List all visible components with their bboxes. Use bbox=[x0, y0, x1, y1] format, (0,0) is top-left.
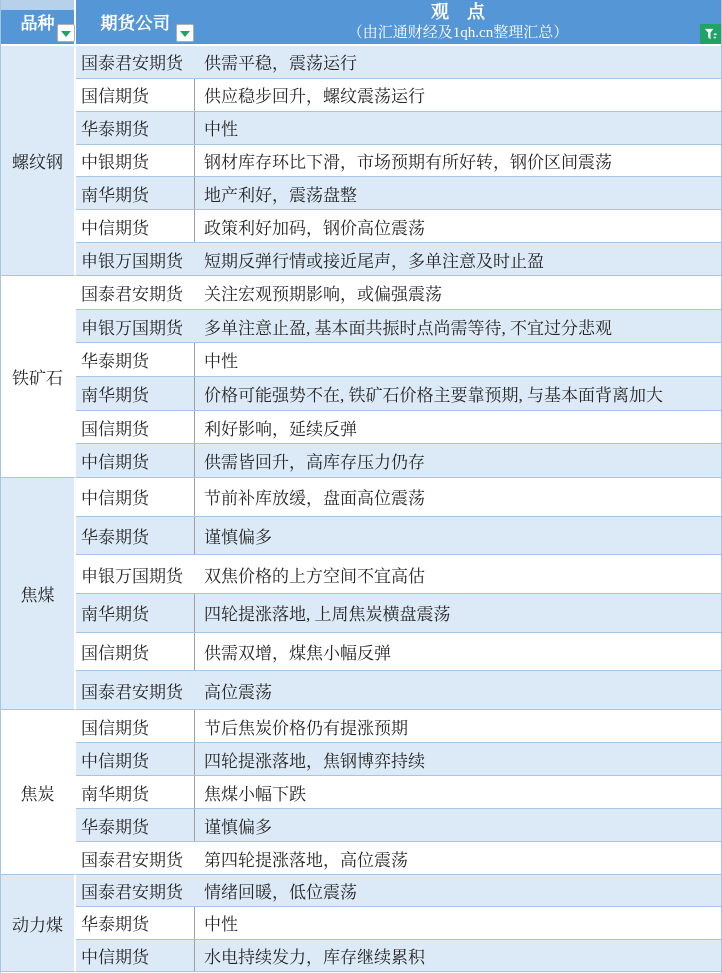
commodity-group: 焦煤中信期货节前补库放缓，盘面高位震荡华泰期货谨慎偏多申银万国期货双焦价格的上方… bbox=[1, 478, 721, 710]
table-row: 南华期货地产利好，震荡盘整 bbox=[76, 177, 721, 210]
company-cell: 中银期货 bbox=[76, 145, 195, 177]
view-cell: 节后焦炭价格仍有提涨预期 bbox=[195, 710, 721, 742]
company-cell: 华泰期货 bbox=[76, 517, 195, 555]
view-cell: 四轮提涨落地，焦钢博弈持续 bbox=[195, 743, 721, 775]
table-row: 华泰期货谨慎偏多 bbox=[76, 517, 721, 556]
table-row: 国泰君安期货高位震荡 bbox=[76, 671, 721, 710]
view-cell: 中性 bbox=[195, 112, 721, 144]
table-row: 中信期货四轮提涨落地，焦钢博弈持续 bbox=[76, 743, 721, 776]
table-row: 华泰期货中性 bbox=[76, 907, 721, 939]
company-cell: 中信期货 bbox=[76, 444, 195, 477]
view-cell: 谨慎偏多 bbox=[195, 809, 721, 841]
view-cell: 谨慎偏多 bbox=[195, 517, 721, 555]
table-row: 申银万国期货短期反弹行情或接近尾声，多单注意及时止盈 bbox=[76, 243, 721, 276]
view-header-title: 观 点 bbox=[431, 1, 485, 24]
table-row: 国信期货利好影响，延续反弹 bbox=[76, 411, 721, 445]
table-filter-icon[interactable] bbox=[700, 24, 721, 44]
variety-cell: 铁矿石 bbox=[1, 276, 76, 478]
table-row: 中信期货水电持续发力，库存继续累积 bbox=[76, 940, 721, 972]
view-cell: 四轮提涨落地, 上周焦炭横盘震荡 bbox=[195, 594, 721, 632]
company-cell: 南华期货 bbox=[76, 377, 195, 410]
company-cell: 国信期货 bbox=[76, 79, 195, 111]
company-cell: 国泰君安期货 bbox=[76, 671, 195, 709]
table-row: 中信期货供需皆回升，高库存压力仍存 bbox=[76, 444, 721, 478]
commodity-group: 焦炭国信期货节后焦炭价格仍有提涨预期中信期货四轮提涨落地，焦钢博弈持续南华期货焦… bbox=[1, 710, 721, 875]
view-cell: 节前补库放缓，盘面高位震荡 bbox=[195, 478, 721, 516]
company-cell: 国泰君安期货 bbox=[76, 842, 195, 874]
header-row: 品种 期货公司 观 点 （由汇通财经及1qh.cn整理汇总） bbox=[1, 0, 721, 46]
company-cell: 中信期货 bbox=[76, 478, 195, 516]
table-row: 中信期货政策利好加码，钢价高位震荡 bbox=[76, 210, 721, 243]
view-cell: 高位震荡 bbox=[195, 671, 721, 709]
view-cell: 供需平稳，震荡运行 bbox=[195, 46, 721, 78]
table-row: 申银万国期货多单注意止盈, 基本面共振时点尚需等待, 不宜过分悲观 bbox=[76, 310, 721, 344]
company-cell: 华泰期货 bbox=[76, 112, 195, 144]
company-cell: 南华期货 bbox=[76, 776, 195, 808]
funnel-glyph bbox=[703, 27, 718, 42]
table-row: 申银万国期货双焦价格的上方空间不宜高估 bbox=[76, 555, 721, 594]
company-cell: 国泰君安期货 bbox=[76, 276, 195, 309]
view-header-subtitle: （由汇通财经及1qh.cn整理汇总） bbox=[348, 24, 568, 43]
table-row: 国泰君安期货供需平稳，震荡运行 bbox=[76, 46, 721, 79]
table-row: 华泰期货中性 bbox=[76, 343, 721, 377]
dropdown-arrow-icon bbox=[61, 31, 71, 37]
commodity-group: 螺纹钢国泰君安期货供需平稳，震荡运行国信期货供应稳步回升，螺纹震荡运行华泰期货中… bbox=[1, 46, 721, 276]
company-cell: 申银万国期货 bbox=[76, 243, 195, 275]
company-filter-button[interactable] bbox=[176, 24, 194, 42]
table-row: 华泰期货谨慎偏多 bbox=[76, 809, 721, 842]
company-cell: 中信期货 bbox=[76, 940, 195, 971]
table-row: 华泰期货中性 bbox=[76, 112, 721, 145]
company-cell: 国信期货 bbox=[76, 411, 195, 444]
view-cell: 供需皆回升，高库存压力仍存 bbox=[195, 444, 721, 477]
table-row: 国泰君安期货情绪回暖，低位震荡 bbox=[76, 875, 721, 907]
company-cell: 申银万国期货 bbox=[76, 555, 195, 593]
view-cell: 中性 bbox=[195, 907, 721, 938]
variety-filter-button[interactable] bbox=[57, 24, 75, 42]
view-cell: 多单注意止盈, 基本面共振时点尚需等待, 不宜过分悲观 bbox=[195, 310, 721, 343]
variety-cell: 螺纹钢 bbox=[1, 46, 76, 276]
company-cell: 中信期货 bbox=[76, 210, 195, 242]
table-row: 中银期货钢材库存环比下滑，市场预期有所好转，钢价区间震荡 bbox=[76, 145, 721, 178]
table-row: 国泰君安期货第四轮提涨落地，高位震荡 bbox=[76, 842, 721, 875]
company-cell: 中信期货 bbox=[76, 743, 195, 775]
view-cell: 关注宏观预期影响，或偏强震荡 bbox=[195, 276, 721, 309]
view-cell: 价格可能强势不在, 铁矿石价格主要靠预期, 与基本面背离加大 bbox=[195, 377, 721, 410]
table-row: 南华期货焦煤小幅下跌 bbox=[76, 776, 721, 809]
company-cell: 国泰君安期货 bbox=[76, 875, 195, 906]
table-row: 中信期货节前补库放缓，盘面高位震荡 bbox=[76, 478, 721, 517]
view-cell: 政策利好加码，钢价高位震荡 bbox=[195, 210, 721, 242]
company-cell: 华泰期货 bbox=[76, 343, 195, 376]
company-cell: 南华期货 bbox=[76, 594, 195, 632]
table-row: 南华期货四轮提涨落地, 上周焦炭横盘震荡 bbox=[76, 594, 721, 633]
table-row: 国信期货供应稳步回升，螺纹震荡运行 bbox=[76, 79, 721, 112]
view-cell: 钢材库存环比下滑，市场预期有所好转，钢价区间震荡 bbox=[195, 145, 721, 177]
table-row: 国信期货供需双增，煤焦小幅反弹 bbox=[76, 633, 721, 672]
view-cell: 双焦价格的上方空间不宜高估 bbox=[195, 555, 721, 593]
table-row: 南华期货价格可能强势不在, 铁矿石价格主要靠预期, 与基本面背离加大 bbox=[76, 377, 721, 411]
view-cell: 供需双增，煤焦小幅反弹 bbox=[195, 633, 721, 671]
table-body: 螺纹钢国泰君安期货供需平稳，震荡运行国信期货供应稳步回升，螺纹震荡运行华泰期货中… bbox=[1, 46, 721, 972]
table-row: 国信期货节后焦炭价格仍有提涨预期 bbox=[76, 710, 721, 743]
company-cell: 申银万国期货 bbox=[76, 310, 195, 343]
company-cell: 国信期货 bbox=[76, 710, 195, 742]
variety-cell: 焦煤 bbox=[1, 478, 76, 710]
view-cell: 水电持续发力，库存继续累积 bbox=[195, 940, 721, 971]
dropdown-arrow-icon bbox=[180, 31, 190, 37]
view-cell: 情绪回暖，低位震荡 bbox=[195, 875, 721, 906]
variety-header-label: 品种 bbox=[21, 9, 55, 34]
frozen-pane-corner bbox=[1, 0, 74, 10]
view-cell: 供应稳步回升，螺纹震荡运行 bbox=[195, 79, 721, 111]
company-cell: 南华期货 bbox=[76, 177, 195, 209]
view-cell: 第四轮提涨落地，高位震荡 bbox=[195, 842, 721, 874]
view-cell: 短期反弹行情或接近尾声，多单注意及时止盈 bbox=[195, 243, 721, 275]
futures-opinion-table: 品种 期货公司 观 点 （由汇通财经及1qh.cn整理汇总） 螺纹钢国 bbox=[0, 0, 722, 973]
view-cell: 焦煤小幅下跌 bbox=[195, 776, 721, 808]
company-header: 期货公司 bbox=[76, 0, 195, 44]
commodity-group: 铁矿石国泰君安期货关注宏观预期影响，或偏强震荡申银万国期货多单注意止盈, 基本面… bbox=[1, 276, 721, 478]
company-header-label: 期货公司 bbox=[101, 9, 171, 34]
variety-cell: 动力煤 bbox=[1, 875, 76, 972]
company-cell: 国信期货 bbox=[76, 633, 195, 671]
commodity-group: 动力煤国泰君安期货情绪回暖，低位震荡华泰期货中性中信期货水电持续发力，库存继续累… bbox=[1, 875, 721, 972]
view-cell: 地产利好，震荡盘整 bbox=[195, 177, 721, 209]
view-header: 观 点 （由汇通财经及1qh.cn整理汇总） bbox=[195, 0, 721, 44]
variety-cell: 焦炭 bbox=[1, 710, 76, 875]
view-cell: 利好影响，延续反弹 bbox=[195, 411, 721, 444]
view-cell: 中性 bbox=[195, 343, 721, 376]
table-row: 国泰君安期货关注宏观预期影响，或偏强震荡 bbox=[76, 276, 721, 310]
company-cell: 华泰期货 bbox=[76, 809, 195, 841]
company-cell: 国泰君安期货 bbox=[76, 46, 195, 78]
company-cell: 华泰期货 bbox=[76, 907, 195, 938]
